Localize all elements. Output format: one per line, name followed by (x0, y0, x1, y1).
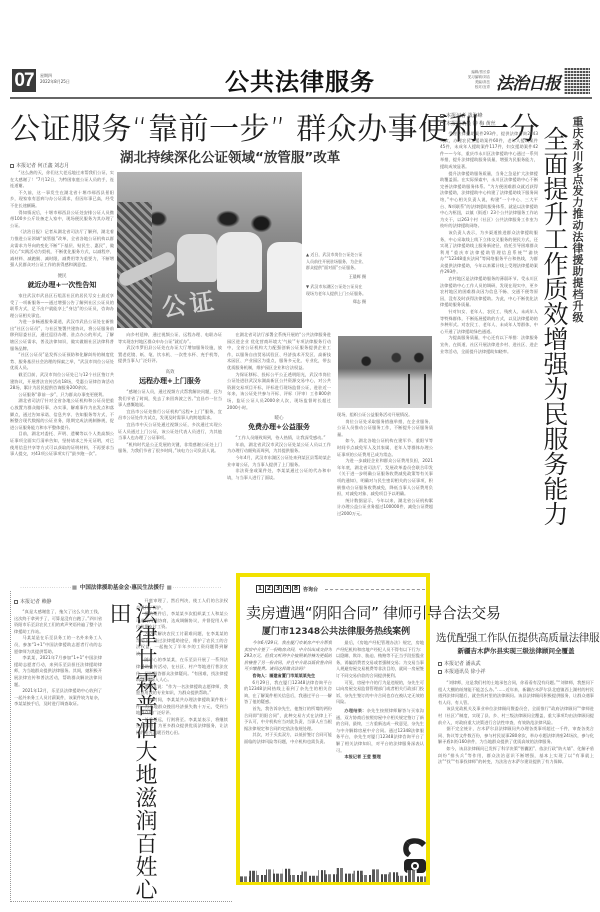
main-photo: 公证 (117, 172, 302, 328)
hotline-col2: 最后，《房地产经纪管理办法》规定，房地产经纪机构和房地产经纪人员不得有以下行为：… (336, 640, 424, 866)
main-headline: 公证服务“靠前一步” 群众办事便利一分 (10, 112, 430, 148)
legal-aid-col1: 本报记者 赖静 “真是太感谢您了，拖欠了这么久的工钱，这次终于拿到手了，可算是没… (14, 598, 102, 898)
section-heading: 高效 远程办理+上门服务 (118, 369, 222, 386)
newspaper-page: 07 星期四 2022年8月25日 公共法律服务 编辑/蔡长春 见习编辑/刘洁 … (0, 0, 600, 912)
hotline-digits: 1 2 3 4 8 咨询台 (256, 585, 318, 593)
right-article-headline: 全面提升工作质效增强为民服务能力 (540, 126, 568, 526)
xinjiang-headline: 选优配强工作队伍提供高质量法律服务 (436, 630, 596, 645)
legal-aid-col2: 开庭审理了，然后判决，使工人们的合法权益得到了保护。 援助案件后，李某某多次组织… (136, 598, 228, 898)
right-article-kicker: 重庆永川多点发力推动法律援助提档升级 (571, 116, 584, 323)
main-article-col1: 本报记者 何正鑫 刘志月 “这么热的天，你们这大老远地过来帮我们公证，实在太感谢… (10, 162, 114, 582)
telephone-icon (400, 835, 428, 875)
right-article-body: 本报记者 战海峰 本报通讯员 钟 梅 黄丝 受理法律援助案件293件，提供法律咨… (440, 112, 538, 572)
main-article-col4: 现场，组织公证公益服务活动开展情况。 岗位公证处采取服务措施举措，在企业服务、公… (337, 412, 433, 582)
qr-code-icon[interactable] (564, 68, 590, 94)
byline-box-icon (10, 164, 14, 168)
byline-box-icon (440, 114, 444, 118)
section-heading: 暖心 免费办理+公益服务 (227, 415, 331, 432)
byline-box-icon (438, 662, 442, 666)
main-article-col2: 向乡村延伸，通过视频公证、远程办理、电联办证等实现农村地区群众申办公证“就近办”… (118, 332, 222, 582)
byline-box-icon (440, 122, 444, 126)
xinjiang-subheadline: 新疆吉木萨尔县实现三级法律顾问全覆盖 (436, 646, 596, 655)
section-heading: 便民 就近办理+一次性告知 (10, 273, 114, 290)
legal-aid-band: ·······················■ 中国法律援助基金会·惠民生法援… (10, 583, 232, 591)
main-article-col3: 在湖北省司法厅部署全系统开展的“公共法律服务进园区进企业 优化营商环境大‘气候’… (227, 332, 331, 582)
byline-box-icon (438, 670, 442, 674)
paper-logo: 法治日报 (496, 69, 560, 94)
photo-caption-1: ▲ 近日，武汉市岗位公证处公证人员前往开展驻场服务，为企业、群众提供“面对面”公… (306, 252, 366, 306)
secondary-photo (338, 336, 432, 408)
editor-credits: 编辑/蔡长春 见习编辑/刘洁 美编/高岳 校对/宜青 (468, 70, 490, 90)
masthead: 07 星期四 2022年8月25日 公共法律服务 编辑/蔡长春 见习编辑/刘洁 … (10, 68, 590, 98)
masthead-rule (10, 97, 592, 99)
byline-box-icon (14, 600, 18, 604)
hotline-divider (325, 589, 425, 590)
hotline-subheadline: 厦门市12348公共法律服务热线案例 (246, 624, 426, 637)
hotline-col1: 今年6月29日，我在厦门市某房产中介帮我卖房中介签了一份购房合同，中介给出成交价… (244, 640, 332, 866)
main-subheadline: 湖北持续深化公证领域“放管服”改革 (120, 146, 330, 166)
main-byline: 本报记者 何正鑫 刘志月 (10, 162, 114, 170)
hotline-headline: 卖房遭遇“阴阳合同” 律师引导合法交易 (246, 602, 426, 623)
xinjiang-body: 本报记者 潘从武 本报通讯员 徐小祥 “刘律师，这是我们村的土地承包合同，你看看… (438, 660, 594, 900)
